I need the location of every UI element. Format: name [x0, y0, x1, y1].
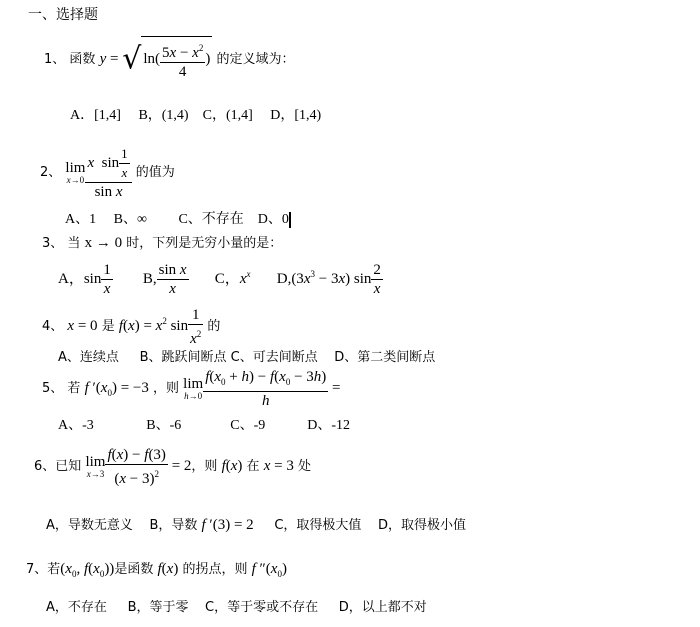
option-d[interactable]: D,(3x3 − 3x) sin2x — [277, 271, 383, 287]
question-text: 是 — [102, 319, 115, 334]
options-2: A、1 B、∞ C、不存在 D、0 — [65, 208, 291, 228]
question-number: 4、 — [42, 319, 63, 334]
option-b[interactable]: B、-6 — [146, 418, 181, 433]
option-c[interactable]: C、可去间断点 — [231, 350, 318, 365]
formula: f ′(x0) = −3 — [85, 380, 149, 396]
question-text: 函数 — [69, 52, 95, 67]
option-b[interactable]: B、跳跃间断点 — [140, 350, 227, 365]
formula: limx→0x sin1xsin x — [65, 164, 131, 180]
formula: f ″(x0) — [252, 561, 287, 577]
option-b[interactable]: B、∞ — [114, 212, 147, 227]
question-text: 在 — [247, 459, 260, 474]
question-number: 5、 — [42, 381, 63, 396]
question-number: 2、 — [40, 165, 61, 180]
option-d[interactable]: D、0 — [258, 212, 289, 227]
formula: (x0, f(x0)) — [60, 561, 114, 577]
option-c[interactable]: C，xx — [215, 271, 251, 287]
question-5: 5、 若 f ′(x0) = −3 ，则 limh→0f(x0 + h) − f… — [42, 366, 341, 410]
question-3: 3、 当 x → 0 时，下列是无穷小量的是： — [42, 232, 282, 252]
formula: x = 3 — [264, 458, 294, 474]
formula: f(x) — [222, 458, 243, 474]
option-b[interactable]: B，(1,4) — [138, 108, 188, 123]
question-text: 若 — [47, 562, 60, 577]
options-5: A、-3 B、-6 C、-9 D、-12 — [58, 414, 350, 434]
options-3: A，sin1x B,sin xx C，xx D,(3x3 − 3x) sin2x — [58, 252, 383, 296]
question-2: 2、 limx→0x sin1xsin x 的值为 — [40, 144, 175, 200]
question-text: 是函数 — [114, 562, 153, 577]
question-text: ，则 — [191, 459, 217, 474]
option-a[interactable]: A、-3 — [58, 418, 94, 433]
option-a[interactable]: A、连续点 — [58, 350, 119, 365]
formula: x = 0 — [67, 318, 97, 334]
options-6: A，导数无意义 B，导数 f ′(3) = 2 C，取得极大值 D，取得极小值 — [46, 514, 466, 534]
question-number: 3、 — [42, 236, 63, 251]
question-text: 若 — [67, 381, 80, 396]
option-c[interactable]: C，(1,4] — [203, 108, 253, 123]
option-a[interactable]: A，sin1x — [58, 271, 113, 287]
option-d[interactable]: D，以上都不对 — [339, 600, 427, 615]
question-text: 当 — [67, 236, 80, 251]
text-cursor — [289, 212, 291, 228]
question-text: 已知 — [55, 459, 81, 474]
section-title: 一、选择题 — [28, 4, 98, 24]
option-a[interactable]: A，导数无意义 — [46, 518, 133, 533]
question-1: 1、 函数 y = √ln(5x − x24) 的定义域为： — [44, 36, 294, 80]
question-text: 时，下列是无穷小量的是： — [126, 236, 282, 251]
question-7: 7、若(x0, f(x0))是函数 f(x) 的拐点，则 f ″(x0) — [26, 558, 287, 579]
option-d[interactable]: D、-12 — [307, 418, 350, 433]
question-number: 7、 — [26, 562, 47, 577]
question-4: 4、 x = 0 是 f(x) = x2 sin1x2 的 — [42, 300, 220, 342]
option-c[interactable]: C，等于零或不存在 — [205, 600, 318, 615]
question-6: 6、已知 limx→3f(x) − f(3)(x − 3)2 = 2，则 f(x… — [34, 442, 311, 490]
option-b[interactable]: B，等于零 — [128, 600, 189, 615]
question-number: 1、 — [44, 52, 65, 67]
formula: y = √ln(5x − x24) — [100, 51, 213, 67]
option-d[interactable]: D，取得极小值 — [378, 518, 466, 533]
options-4: A、连续点 B、跳跃间断点 C、可去间断点 D、第二类间断点 — [58, 346, 435, 365]
question-number: 6、 — [34, 459, 55, 474]
question-text: 的定义域为： — [216, 52, 294, 67]
formula: limh→0f(x0 + h) − f(x0 − 3h)h = — [183, 380, 340, 396]
question-text: 的值为 — [136, 165, 175, 180]
formula: limx→3f(x) − f(3)(x − 3)2 = 2 — [85, 458, 191, 474]
option-c[interactable]: C，取得极大值 — [274, 518, 361, 533]
formula: f(x) — [157, 561, 178, 577]
option-a[interactable]: A、1 — [65, 212, 96, 227]
option-c[interactable]: C、-9 — [230, 418, 265, 433]
option-b[interactable]: B,sin xx — [143, 271, 189, 287]
option-d[interactable]: D、第二类间断点 — [334, 350, 435, 365]
option-c[interactable]: C、不存在 — [178, 212, 243, 227]
question-text: 的 — [207, 319, 220, 334]
question-text: 的拐点，则 — [182, 562, 247, 577]
formula: f(x) = x2 sin1x2 — [119, 318, 203, 334]
question-text: 处 — [298, 459, 311, 474]
option-a[interactable]: A，不存在 — [46, 600, 107, 615]
options-7: A，不存在 B，等于零 C，等于零或不存在 D，以上都不对 — [46, 596, 427, 615]
option-d[interactable]: D，[1,4) — [270, 108, 321, 123]
option-b[interactable]: B，导数 f ′(3) = 2 — [149, 518, 253, 533]
options-1: A．[1,4] B，(1,4) C，(1,4] D，[1,4) — [70, 104, 321, 124]
formula: x → 0 — [85, 235, 123, 251]
option-a[interactable]: A．[1,4] — [70, 108, 121, 123]
question-text: ，则 — [153, 381, 179, 396]
